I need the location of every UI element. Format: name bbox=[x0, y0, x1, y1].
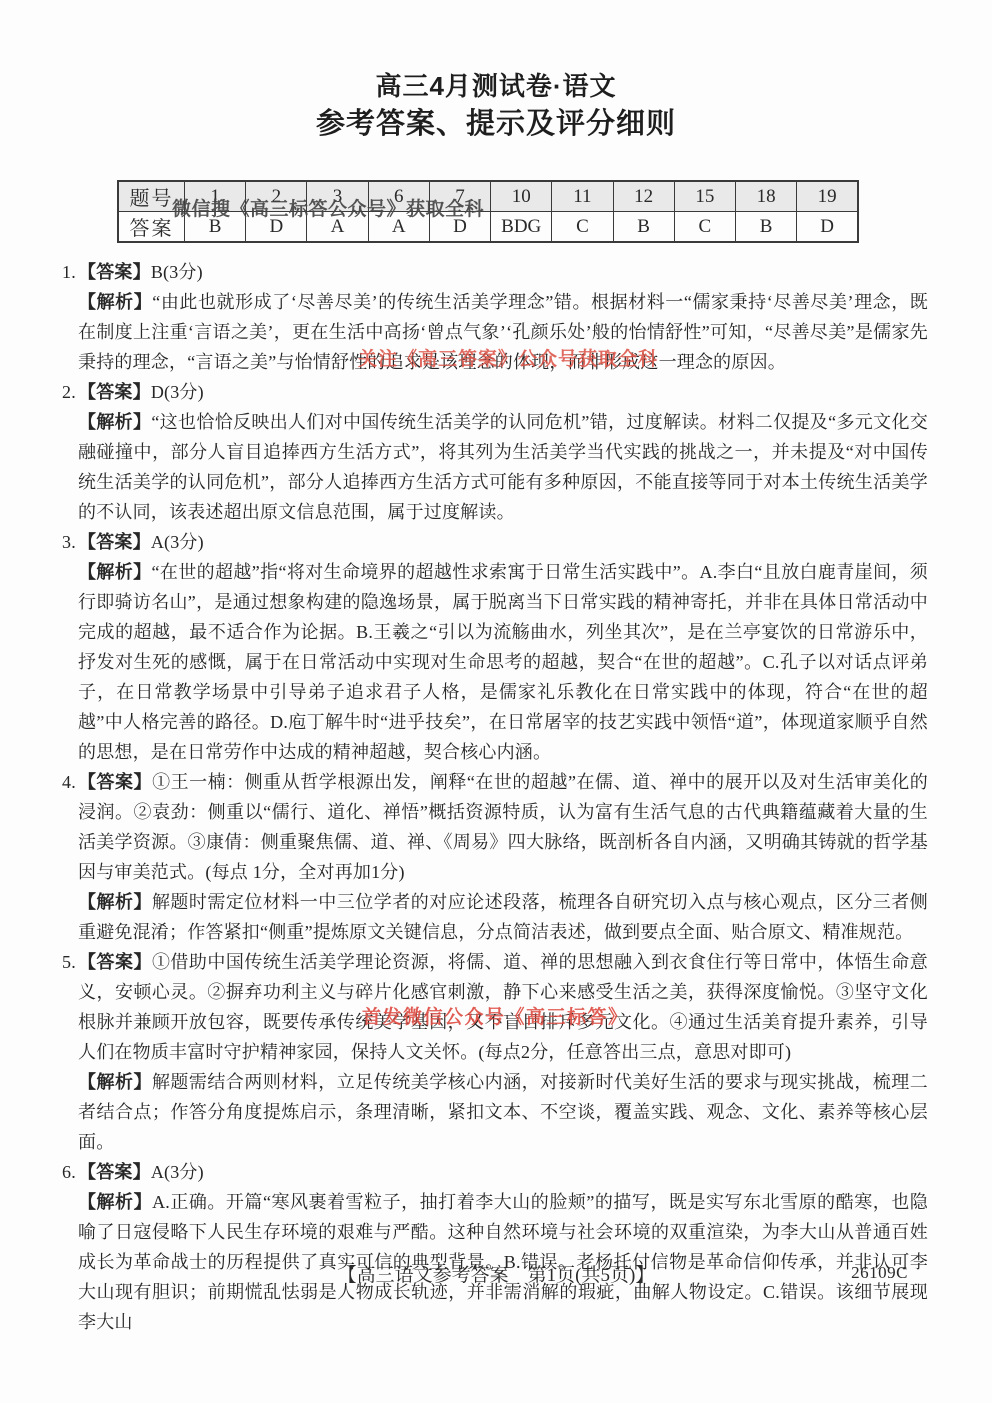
answer-text: ①王一楠：侧重从哲学根源出发，阐释“在世的超越”在儒、道、禅中的展开以及对生活审… bbox=[78, 772, 928, 882]
page-subtitle: 参考答案、提示及评分细则 bbox=[0, 106, 992, 142]
answer-item-4: 4. 【答案】①王一楠：侧重从哲学根源出发，阐释“在世的超越”在儒、道、禅中的展… bbox=[62, 767, 928, 947]
analysis-tag: 【解析】 bbox=[78, 1192, 152, 1212]
item-answer: 【答案】B(3分) bbox=[78, 257, 928, 287]
table-cell-answer: D bbox=[797, 212, 858, 243]
answer-item-5: 5. 【答案】①借助中国传统生活美学理论资源，将儒、道、禅的思想融入到衣食住行等… bbox=[62, 947, 928, 1157]
item-answer: 【答案】A(3分) bbox=[78, 1157, 928, 1187]
item-analysis: 【解析】解题需结合两则材料，立足传统美学核心内涵，对接新时代美好生活的要求与现实… bbox=[78, 1067, 928, 1157]
table-cell-answer: D bbox=[429, 212, 490, 243]
question-number-label: 题号 bbox=[118, 181, 185, 212]
document-page: 高三4月测试卷·语文 参考答案、提示及评分细则 题号 1 2 3 6 7 10 … bbox=[0, 0, 992, 1403]
answer-text: ①借助中国传统生活美学理论资源，将儒、道、禅的思想融入到衣食住行等日常中，体悟生… bbox=[78, 952, 928, 1062]
table-cell-answer: C bbox=[674, 212, 735, 243]
item-number: 2. bbox=[62, 377, 76, 407]
answer-text: B(3分) bbox=[151, 262, 203, 282]
page-title: 高三4月测试卷·语文 bbox=[0, 0, 992, 102]
table-cell-answer: A bbox=[368, 212, 429, 243]
table-cell-qno: 6 bbox=[368, 181, 429, 212]
analysis-tag: 【解析】 bbox=[78, 892, 152, 912]
table-row-answers: 答案 B D A A D BDG C B C B D bbox=[118, 212, 858, 243]
analysis-tag: 【解析】 bbox=[78, 1072, 152, 1092]
table-cell-answer: B bbox=[613, 212, 674, 243]
answer-tag: 【答案】 bbox=[78, 262, 151, 282]
page-footer: 【高三语文参考答案 第1页(共5页)】 26109C bbox=[0, 1260, 992, 1287]
table-cell-answer: C bbox=[552, 212, 613, 243]
item-number: 3. bbox=[62, 527, 76, 557]
answer-tag: 【答案】 bbox=[78, 532, 151, 552]
item-answer: 【答案】A(3分) bbox=[78, 527, 928, 557]
item-answer: 【答案】D(3分) bbox=[78, 377, 928, 407]
answer-item-2: 2. 【答案】D(3分) 【解析】“这也恰恰反映出人们对中国传统生活美学的认同危… bbox=[62, 377, 928, 527]
item-answer: 【答案】①王一楠：侧重从哲学根源出发，阐释“在世的超越”在儒、道、禅中的展开以及… bbox=[78, 767, 928, 887]
analysis-text: 解题需结合两则材料，立足传统美学核心内涵，对接新时代美好生活的要求与现实挑战，梳… bbox=[78, 1072, 928, 1152]
table-cell-qno: 12 bbox=[613, 181, 674, 212]
analysis-tag: 【解析】 bbox=[78, 412, 151, 432]
answer-tag: 【答案】 bbox=[78, 1162, 151, 1182]
item-analysis: 【解析】“由此也就形成了‘尽善尽美’的传统生活美学理念”错。根据材料一“儒家秉持… bbox=[78, 287, 928, 377]
answer-item-1: 1. 【答案】B(3分) 【解析】“由此也就形成了‘尽善尽美’的传统生活美学理念… bbox=[62, 257, 928, 377]
footer-paper-code: 26109C bbox=[851, 1263, 908, 1283]
item-analysis: 【解析】解题时需定位材料一中三位学者的对应论述段落，梳理各自研究切入点与核心观点… bbox=[78, 887, 928, 947]
table-cell-qno: 11 bbox=[552, 181, 613, 212]
table-cell-qno: 15 bbox=[674, 181, 735, 212]
table-cell-answer: D bbox=[246, 212, 307, 243]
answer-item-6: 6. 【答案】A(3分) 【解析】A.正确。开篇“寒风裹着雪粒子，抽打着李大山的… bbox=[62, 1157, 928, 1337]
footer-page-info: 【高三语文参考答案 第1页(共5页)】 bbox=[338, 1265, 655, 1286]
table-cell-qno: 10 bbox=[491, 181, 552, 212]
item-number: 1. bbox=[62, 257, 76, 287]
answer-item-3: 3. 【答案】A(3分) 【解析】“在世的超越”指“将对生命境界的超越性求索寓于… bbox=[62, 527, 928, 767]
item-number: 5. bbox=[62, 947, 76, 977]
table-cell-answer: B bbox=[735, 212, 796, 243]
table-cell-qno: 18 bbox=[735, 181, 796, 212]
answer-text: D(3分) bbox=[151, 382, 204, 402]
answer-key-table: 题号 1 2 3 6 7 10 11 12 15 18 19 答案 B D A … bbox=[117, 180, 859, 243]
analysis-text: “这也恰恰反映出人们对中国传统生活美学的认同危机”错，过度解读。材料二仅提及“多… bbox=[78, 412, 928, 522]
item-analysis: 【解析】“这也恰恰反映出人们对中国传统生活美学的认同危机”错，过度解读。材料二仅… bbox=[78, 407, 928, 527]
item-analysis: 【解析】“在世的超越”指“将对生命境界的超越性求索寓于日常生活实践中”。A.李白… bbox=[78, 557, 928, 767]
analysis-tag: 【解析】 bbox=[78, 292, 152, 312]
answer-tag: 【答案】 bbox=[78, 772, 152, 792]
item-number: 6. bbox=[62, 1157, 76, 1187]
table-cell-qno: 2 bbox=[246, 181, 307, 212]
item-answer: 【答案】①借助中国传统生活美学理论资源，将儒、道、禅的思想融入到衣食住行等日常中… bbox=[78, 947, 928, 1067]
answer-explanations: 1. 【答案】B(3分) 【解析】“由此也就形成了‘尽善尽美’的传统生活美学理念… bbox=[62, 257, 928, 1337]
analysis-text: 解题时需定位材料一中三位学者的对应论述段落，梳理各自研究切入点与核心观点，区分三… bbox=[78, 892, 928, 942]
answer-label: 答案 bbox=[118, 212, 185, 243]
answer-text: A(3分) bbox=[151, 1162, 204, 1182]
answer-text: A(3分) bbox=[151, 532, 204, 552]
table-cell-answer: B bbox=[185, 212, 246, 243]
table-cell-answer: BDG bbox=[491, 212, 552, 243]
item-number: 4. bbox=[62, 767, 76, 797]
analysis-tag: 【解析】 bbox=[78, 562, 152, 582]
analysis-text: “由此也就形成了‘尽善尽美’的传统生活美学理念”错。根据材料一“儒家秉持‘尽善尽… bbox=[78, 292, 928, 372]
table-row-question-numbers: 题号 1 2 3 6 7 10 11 12 15 18 19 bbox=[118, 181, 858, 212]
table-cell-qno: 1 bbox=[185, 181, 246, 212]
answer-tag: 【答案】 bbox=[78, 952, 152, 972]
table-cell-answer: A bbox=[307, 212, 368, 243]
analysis-text: “在世的超越”指“将对生命境界的超越性求索寓于日常生活实践中”。A.李白“且放白… bbox=[78, 562, 928, 762]
table-cell-qno: 19 bbox=[797, 181, 858, 212]
answer-tag: 【答案】 bbox=[78, 382, 151, 402]
table-cell-qno: 3 bbox=[307, 181, 368, 212]
table-cell-qno: 7 bbox=[429, 181, 490, 212]
